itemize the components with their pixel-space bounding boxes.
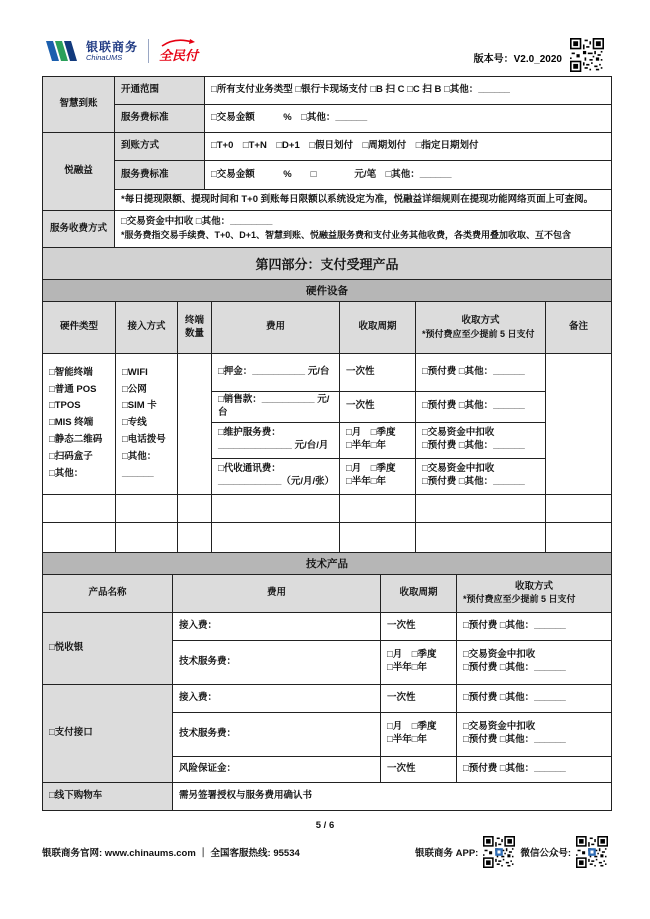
hw-method-sale[interactable]: □预付费 □其他：______ [416,392,546,423]
part4-title: 第四部分：支付受理产品 [42,247,612,280]
tech-product-yueshouyin[interactable]: □悦收银 [43,612,173,684]
hardware-band-title: 硬件设备 [42,279,612,302]
hw-type-option[interactable]: □TPOS [49,398,109,415]
logo-divider [148,39,149,63]
qr-code-app [483,836,515,868]
hw-cycle-telecom-l1[interactable]: □月 □季度 [346,463,409,476]
hw-method-maintenance[interactable]: □交易资金中扣收 □预付费 □其他：______ [416,422,546,458]
p2-tech-method-l2[interactable]: □预付费 □其他：______ [463,734,605,747]
hw-empty-cell[interactable] [212,494,340,522]
hw-method-deposit[interactable]: □预付费 □其他：______ [416,354,546,392]
hw-empty-cell[interactable] [340,494,416,522]
footer-qr-block: 银联商务 APP: 微信公众号: [415,836,608,868]
quanminfu-text: 全民付 [159,48,198,63]
footer-contact-text: 银联商务官网: www.chinaums.com ｜ 全国客服热线: 95534 [42,845,300,859]
group-yueryongyi: 悦融益 [43,133,115,211]
hw-cycle-telecom[interactable]: □月 □季度 □半年□年 [340,458,416,494]
hw-header-method-note: *预付费应至少提前 5 日支付 [422,328,539,340]
hw-access-other-blank[interactable]: ______ [122,466,171,483]
tech-header-fee: 费用 [173,574,381,612]
hw-type-option[interactable]: □静态二维码 [49,432,109,449]
hw-header-method-title: 收取方式 [422,315,539,328]
hw-header-method: 收取方式 *预付费应至少提前 5 日支付 [416,302,546,354]
hardware-table: 硬件类型 接入方式 终端数量 费用 收取周期 收取方式 *预付费应至少提前 5 … [42,301,612,553]
hw-fee-maintenance[interactable]: □维护服务费： ______________ 元/台/月 [212,422,340,458]
tech-product-payment-api[interactable]: □支付接口 [43,684,173,782]
hw-fee-telecom[interactable]: □代收通讯费： ____________（元/月/张） [212,458,340,494]
p2-access-fee[interactable]: 接入费： [173,684,381,712]
p2-risk-method[interactable]: □预付费 □其他：______ [457,756,612,782]
p1-access-fee[interactable]: 接入费： [173,612,381,640]
service-charge-cell: □交易资金中扣收 □其他：________ *服务费指交易手续费、T+0、D+1… [115,211,612,248]
version-label: 版本号：V2.0_2020 [474,50,562,65]
label-arrival-method: 到账方式 [115,133,205,161]
hw-method-telecom-l1[interactable]: □交易资金中扣收 [422,463,539,476]
hw-type-option[interactable]: □其他： [49,466,109,483]
chinaums-logo-mark-icon [44,38,80,64]
hw-access-option[interactable]: □WIFI [122,365,171,382]
page-number: 5 / 6 [0,820,650,831]
hw-access-option[interactable]: □其他： [122,449,171,466]
hw-type-option[interactable]: □普通 POS [49,382,109,399]
p1-tech-cycle-l1[interactable]: □月 □季度 [387,649,450,662]
hw-empty-cell[interactable] [116,522,178,552]
hw-access-option[interactable]: □电话拨号 [122,432,171,449]
hw-header-remark: 备注 [546,302,612,354]
yry-fee-standard-options[interactable]: □交易金额 % □ 元/笔 □其他：______ [205,161,612,190]
hw-fee-sale[interactable]: □销售款：__________ 元/台 [212,392,340,423]
hw-cycle-deposit: 一次性 [340,354,416,392]
hw-empty-cell[interactable] [546,494,612,522]
hw-cycle-sale: 一次性 [340,392,416,423]
hw-fee-maintenance-blank[interactable]: ______________ 元/台/月 [218,440,333,453]
hw-type-option[interactable]: □扫码盒子 [49,449,109,466]
p2-tech-method[interactable]: □交易资金中扣收 □预付费 □其他：______ [457,712,612,756]
hw-cycle-telecom-l2[interactable]: □半年□年 [346,476,409,489]
tech-band-title: 技术产品 [42,552,612,575]
hw-remark-cell[interactable] [546,354,612,495]
page-footer: 银联商务官网: www.chinaums.com ｜ 全国客服热线: 95534… [42,836,608,868]
settlement-table: 智慧到账 开通范围 □所有支付业务类型 □银行卡现场支付 □B 扫 C □C 扫… [42,76,612,248]
hw-method-telecom[interactable]: □交易资金中扣收 □预付费 □其他：______ [416,458,546,494]
hw-empty-cell[interactable] [212,522,340,552]
p1-access-cycle: 一次性 [381,612,457,640]
p1-tech-method-l2[interactable]: □预付费 □其他：______ [463,662,605,675]
quanminfu-badge: 全民付 [159,39,198,64]
footer-wechat-label: 微信公众号: [520,845,571,859]
hw-header-type: 硬件类型 [43,302,116,354]
p2-tech-method-l1[interactable]: □交易资金中扣收 [463,721,605,734]
hw-empty-cell[interactable] [116,494,178,522]
hw-cycle-maintenance-l2[interactable]: □半年□年 [346,440,409,453]
hw-empty-cell[interactable] [43,522,116,552]
hw-header-fee: 费用 [212,302,340,354]
p2-risk-fee[interactable]: 风险保证金： [173,756,381,782]
p1-tech-method-l1[interactable]: □交易资金中扣收 [463,649,605,662]
brand-text-block: 银联商务 ChinaUMS [86,41,138,62]
hw-empty-cell[interactable] [178,522,212,552]
label-fee-standard-2: 服务费标准 [115,161,205,190]
hw-empty-cell[interactable] [43,494,116,522]
p1-access-method[interactable]: □预付费 □其他：______ [457,612,612,640]
tech-table: 产品名称 费用 收取周期 收取方式 *预付费应至少提前 5 日支付 □悦收银 接… [42,574,612,811]
label-open-scope: 开通范围 [115,77,205,105]
hw-terminal-qty-cell[interactable] [178,354,212,495]
qr-code-top [570,38,604,72]
hw-fee-maintenance-label[interactable]: □维护服务费： [218,427,333,440]
smart-fee-standard-options[interactable]: □交易金额 % □其他：______ [205,105,612,133]
hw-empty-cell[interactable] [340,522,416,552]
hw-access-option[interactable]: □公网 [122,382,171,399]
form-page: 银联商务 ChinaUMS 全民付 版本号：V2.0_2020 智慧到账 开通范… [0,0,650,919]
hw-header-cycle: 收取周期 [340,302,416,354]
p2-tech-cycle-l1[interactable]: □月 □季度 [387,721,450,734]
p2-tech-fee[interactable]: 技术服务费： [173,712,381,756]
tech-header-cycle: 收取周期 [381,574,457,612]
qr-code-wechat [576,836,608,868]
hw-fee-telecom-blank[interactable]: ____________（元/月/张） [218,476,333,489]
brand-name-en: ChinaUMS [86,54,138,62]
chinaums-logo: 银联商务 ChinaUMS 全民付 [44,38,198,64]
hw-cycle-maintenance[interactable]: □月 □季度 □半年□年 [340,422,416,458]
tech-header-method: 收取方式 *预付费应至少提前 5 日支付 [457,574,612,612]
p2-access-method[interactable]: □预付费 □其他：______ [457,684,612,712]
form-body: 智慧到账 开通范围 □所有支付业务类型 □银行卡现场支付 □B 扫 C □C 扫… [42,77,612,811]
hw-method-telecom-l2[interactable]: □预付费 □其他：______ [422,476,539,489]
hw-type-options-cell: □智能终端 □普通 POS □TPOS □MIS 终端 □静态二维码 □扫码盒子… [43,354,116,495]
hw-type-option[interactable]: □MIS 终端 [49,415,109,432]
p1-tech-cycle[interactable]: □月 □季度 □半年□年 [381,640,457,684]
hw-method-maintenance-l2[interactable]: □预付费 □其他：______ [422,440,539,453]
yry-note: *每日提现限额、提现时间和 T+0 到账每日限额以系统设定为准，悦融益详细规则在… [115,190,612,211]
p2-risk-cycle: 一次性 [381,756,457,782]
tech-header-method-title: 收取方式 [463,581,605,594]
hw-cycle-maintenance-l1[interactable]: □月 □季度 [346,427,409,440]
hw-empty-cell[interactable] [178,494,212,522]
hw-empty-cell[interactable] [416,494,546,522]
hw-header-qty: 终端数量 [178,302,212,354]
hw-header-access: 接入方式 [116,302,178,354]
tech-product-offline-cart[interactable]: □线下购物车 [43,782,173,810]
offline-cart-note: 需另签署授权与服务费用确认书 [173,782,612,810]
swoosh-icon [161,39,195,47]
service-charge-note: *服务费指交易手续费、T+0、D+1、智慧到账、悦融益服务费和支付业务其他收费，… [121,229,605,243]
footer-app-label: 银联商务 APP: [415,845,478,859]
group-service-charge-method: 服务收费方式 [43,211,115,248]
label-fee-standard-1: 服务费标准 [115,105,205,133]
smart-open-scope-options[interactable]: □所有支付业务类型 □银行卡现场支付 □B 扫 C □C 扫 B □其他：___… [205,77,612,105]
tech-header-method-note: *预付费应至少提前 5 日支付 [463,593,605,605]
hw-fee-deposit[interactable]: □押金：__________ 元/台 [212,354,340,392]
p2-tech-cycle-l2[interactable]: □半年□年 [387,734,450,747]
p2-access-cycle: 一次性 [381,684,457,712]
brand-name-cn: 银联商务 [86,41,138,53]
page-header: 银联商务 ChinaUMS 全民付 版本号：V2.0_2020 [44,36,608,76]
service-charge-options[interactable]: □交易资金中扣收 □其他：________ [121,215,605,229]
hw-fee-telecom-label[interactable]: □代收通讯费： [218,463,333,476]
hw-type-option[interactable]: □智能终端 [49,365,109,382]
group-smart-arrival: 智慧到账 [43,77,115,133]
p2-tech-cycle[interactable]: □月 □季度 □半年□年 [381,712,457,756]
p1-tech-method[interactable]: □交易资金中扣收 □预付费 □其他：______ [457,640,612,684]
hw-empty-cell[interactable] [416,522,546,552]
hw-empty-cell[interactable] [546,522,612,552]
hw-method-maintenance-l1[interactable]: □交易资金中扣收 [422,427,539,440]
hw-access-option[interactable]: □专线 [122,415,171,432]
tech-header-name: 产品名称 [43,574,173,612]
yry-arrival-method-options[interactable]: □T+0 □T+N □D+1 □假日划付 □周期划付 □指定日期划付 [205,133,612,161]
p1-tech-fee[interactable]: 技术服务费： [173,640,381,684]
hw-access-option[interactable]: □SIM 卡 [122,398,171,415]
p1-tech-cycle-l2[interactable]: □半年□年 [387,662,450,675]
hw-access-options-cell: □WIFI □公网 □SIM 卡 □专线 □电话拨号 □其他： ______ [116,354,178,495]
